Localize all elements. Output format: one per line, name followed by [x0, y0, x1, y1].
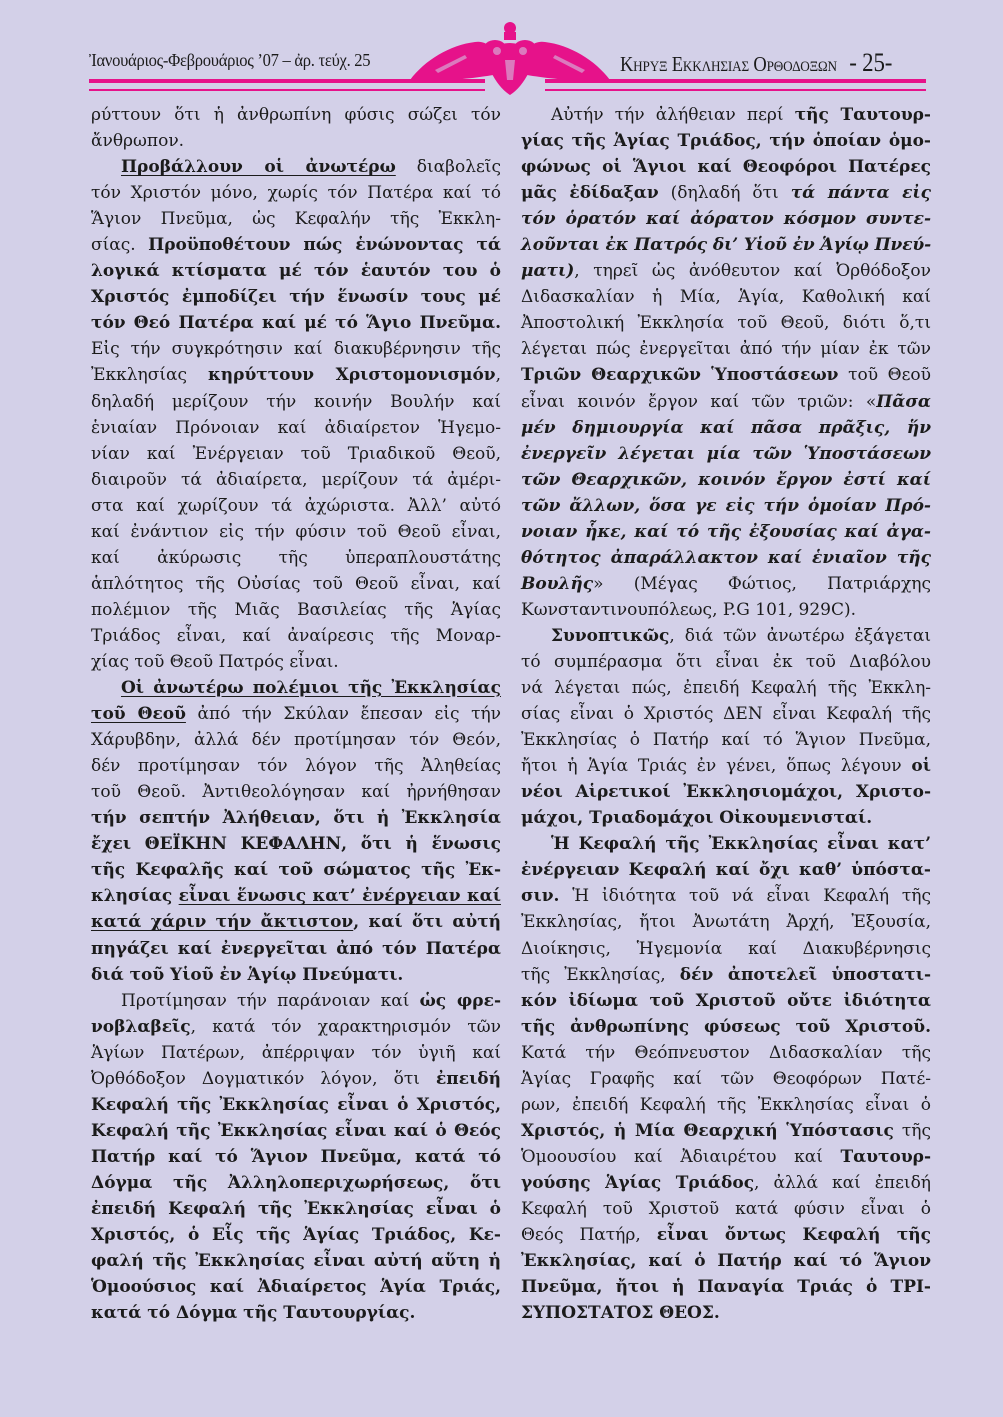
text-run: Κεφαλή τῆς Ἐκκλησίας εἶναι ὁ Χριστός,: [91, 1095, 501, 1115]
text-line: διά τοῦ Υἱοῦ ἐν Ἁγίῳ Πνεύματι.: [91, 962, 501, 988]
text-run: νίαν καί Ἐνέργειαν τοῦ Τριαδικοῦ Θεοῦ,: [91, 444, 501, 464]
text-run: Ταυτουρ-: [841, 1147, 931, 1167]
text-run: Ἀποστολική Ἐκκλησία τοῦ Θεοῦ, διότι ὅ,τι: [521, 313, 931, 333]
text-line: σίας εἶναι ὁ Χριστός ΔΕΝ εἶναι Κεφαλή τῆ…: [521, 701, 931, 727]
text-run: κηρύττουν Χριστομονισμόν: [208, 365, 496, 385]
text-line: Ἐκκλησίας κηρύττουν Χριστομονισμόν,: [91, 362, 501, 388]
text-line: Πνεῦμα, ἤτοι ἡ Παναγία Τριάς ὁ ΤΡΙ-: [521, 1274, 931, 1300]
text-line: τόν Θεό Πατέρα καί μέ τό Ἅγιο Πνεῦμα.: [91, 310, 501, 336]
text-run: τόν ὁρατόν καί ἀόρατον κόσμον συντε-: [521, 209, 931, 229]
text-line: Ἁγίας Γραφῆς καί τῶν Θεοφόρων Πατέ-: [521, 1066, 931, 1092]
text-run: , ἀλλά καί ἐπειδή: [754, 1173, 931, 1193]
text-line: Ὀρθόδοξον Δογματικόν λόγον, ὅτι ἐπειδή: [91, 1066, 501, 1092]
text-run: Ἁγίων Πατέρων, ἀπέρριψαν τόν ὑγιῆ καί: [91, 1043, 501, 1063]
text-run: Πνεῦμα, ἤτοι ἡ Παναγία Τριάς ὁ ΤΡΙ-: [521, 1277, 931, 1297]
text-run: νοιαν ἧκε, καί τό τῆς ἐξουσίας καί ἀγα-: [521, 522, 931, 542]
text-run: ματι): [521, 261, 574, 281]
text-line: ἁπλότητος τῆς Οὐσίας τοῦ Θεοῦ εἶναι, καί: [91, 571, 501, 597]
text-run: λέγεται πώς ἐνεργεῖται ἀπό τήν μίαν ἐκ τ…: [521, 339, 931, 359]
text-line: στα καί χωρίζουν τά ἀχώριστα. Ἀλλ’ αὐτό: [91, 493, 501, 519]
text-run: φώνως οἱ Ἅγιοι καί Θεοφόροι Πατέρες: [521, 157, 931, 177]
text-line: Προτίμησαν τήν παράνοιαν καί ὡς φρε-: [91, 988, 501, 1014]
text-line: Ἐκκλησίας ὁ Πατήρ καί τό Ἅγιον Πνεῦμα,: [521, 727, 931, 753]
text-line: Κωνσταντινουπόλεως, P.G 101, 929C).: [521, 597, 931, 623]
text-run: σίας εἶναι ὁ Χριστός ΔΕΝ εἶναι Κεφαλή τῆ…: [521, 704, 931, 724]
text-run: ΣΥΠΟΣΤΑΤΟΣ ΘΕΟΣ.: [521, 1303, 720, 1323]
text-run: , καί ὅτι αὐτή: [353, 912, 501, 932]
text-run: , κατά τόν χαρακτηρισμόν τῶν: [191, 1017, 501, 1037]
text-run: Βουλῆς: [521, 574, 593, 594]
text-run: Προϋποθέτουν πώς ἑνώνοντας τά: [148, 235, 501, 255]
text-line: Ἅγιον Πνεῦμα, ὡς Κεφαλήν τῆς Ἐκκλη-: [91, 206, 501, 232]
text-line: Συνοπτικῶς, διά τῶν ἀνωτέρω ἐξάγεται: [521, 623, 931, 649]
text-line: Τριάδος εἶναι, καί ἀναίρεσις τῆς Μοναρ-: [91, 623, 501, 649]
text-run: ἐπειδή: [436, 1069, 501, 1089]
text-line: νά λέγεται πώς, ἐπειδή Κεφαλή τῆς Ἐκκλη-: [521, 675, 931, 701]
text-line: Χριστός, ὁ Εἷς τῆς Ἁγίας Τριάδος, Κε-: [91, 1222, 501, 1248]
text-run: ρύττουν ὅτι ἡ ἀνθρωπίνη φύσις σώζει τόν: [91, 105, 501, 125]
text-line: δέν προτίμησαν τόν λόγον τῆς Ἀληθείας: [91, 753, 501, 779]
text-run: διαιροῦν τά ἀδιαίρετα, μερίζουν τά ἀμέρι…: [91, 470, 501, 490]
text-line: τοῦ Θεοῦ ἀπό τήν Σκύλαν ἔπεσαν εἰς τήν: [91, 701, 501, 727]
text-line: εἶναι κοινόν ἔργον καί τῶν τριῶν: «Πᾶσα: [521, 389, 931, 415]
text-run: ὡς φρε-: [420, 991, 501, 1011]
text-run: Ἡ ἰδιότητα τοῦ νά εἶναι Κεφαλή τῆς: [559, 886, 931, 906]
text-run: κατά τό Δόγμα τῆς Ταυτουργίας.: [91, 1303, 415, 1323]
text-run: μάχοι, Τριαδομάχοι Οἰκουμενισταί.: [521, 808, 872, 828]
header-rule-right-thick: [545, 79, 926, 83]
text-line: τῶν Θεαρχικῶν, κοινόν ἔργον ἐστί καί: [521, 467, 931, 493]
header-rule-left-thin: [89, 89, 485, 91]
text-line: ἑνιαίαν Πρόνοιαν καί ἀδιαίρετον Ἡγεμο-: [91, 415, 501, 441]
text-run: Χριστός, ἡ Μία Θεαρχική Ὑπόστασις: [521, 1121, 894, 1141]
text-run: οἱ: [911, 756, 931, 776]
text-line: νοβλαβεῖς, κατά τόν χαρακτηρισμόν τῶν: [91, 1014, 501, 1040]
text-run: τοῦ Θεοῦ. Ἀντιθεολόγησαν καί ἠρνήθησαν: [91, 782, 501, 802]
page-header: Ἰανουάριος-Φεβρουάριος ’07 – ἀρ. τεύχ. 2…: [0, 0, 1003, 95]
text-line: τόν Χριστόν μόνο, χωρίς τόν Πατέρα καί τ…: [91, 180, 501, 206]
text-run: , διά τῶν ἀνωτέρω ἐξάγεται: [669, 626, 931, 646]
text-run: πολέμιον τῆς Μιᾶς Βασιλείας τῆς Ἁγίας: [91, 600, 501, 620]
text-line: Διδασκαλίαν ἡ Μία, Ἁγία, Καθολική καί: [521, 284, 931, 310]
text-line: γίας τῆς Ἁγίας Τριάδος, τήν ὁποίαν ὁμο-: [521, 128, 931, 154]
text-run: τῆς: [894, 1121, 931, 1141]
text-run: τόν Χριστόν μόνο, χωρίς τόν Πατέρα καί τ…: [91, 183, 501, 203]
text-run: μᾶς ἐδίδαξαν: [521, 183, 659, 203]
text-run: Διδασκαλίαν ἡ Μία, Ἁγία, Καθολική καί: [521, 287, 931, 307]
text-line: Θεός Πατήρ, εἶναι ὄντως Κεφαλή τῆς: [521, 1222, 931, 1248]
text-line: Τριῶν Θεαρχικῶν Ὑποστάσεων τοῦ Θεοῦ: [521, 362, 931, 388]
text-line: σιν. Ἡ ἰδιότητα τοῦ νά εἶναι Κεφαλή τῆς: [521, 883, 931, 909]
text-line: καί ἐνάντιον εἰς τήν φύσιν τοῦ Θεοῦ εἶνα…: [91, 519, 501, 545]
text-line: Ἐκκλησίας, ἤτοι Ἀνωτάτη Ἀρχή, Ἐξουσία,: [521, 909, 931, 935]
text-run: σίας.: [91, 235, 148, 255]
text-line: Ἡ Κεφαλή τῆς Ἐκκλησίας εἶναι κατ’: [521, 831, 931, 857]
text-run: Αὐτήν τήν ἀλήθειαν περί: [551, 105, 795, 125]
text-run: διαβολεῖς: [396, 157, 501, 177]
text-run: Ἐκκλησίας, καί ὁ Πατήρ καί τό Ἅγιον: [521, 1251, 931, 1271]
text-run: Ἁγίας Γραφῆς καί τῶν Θεοφόρων Πατέ-: [521, 1069, 931, 1089]
text-run: εἶναι ἕνωσις κατ’ ἐνέργειαν καί: [179, 886, 501, 906]
text-run: καί ἐνάντιον εἰς τήν φύσιν τοῦ Θεοῦ εἶνα…: [91, 522, 501, 542]
text-run: Χριστός, ὁ Εἷς τῆς Ἁγίας Τριάδος, Κε-: [91, 1225, 501, 1245]
text-run: δέν προτίμησαν τόν λόγον τῆς Ἀληθείας: [91, 756, 501, 776]
text-line: Αὐτήν τήν ἀλήθειαν περί τῆς Ταυτουρ-: [521, 102, 931, 128]
text-line: μέν δημιουργία καί πᾶσα πρᾶξις, ἥν: [521, 415, 931, 441]
text-line: ἐπειδή Κεφαλή τῆς Ἐκκλησίας εἶναι ὁ: [91, 1196, 501, 1222]
text-run: Ἅγιον Πνεῦμα, ὡς Κεφαλήν τῆς Ἐκκλη-: [91, 209, 501, 229]
text-line: καί ἀκύρωσις τῆς ὑπεραπλουστάτης: [91, 545, 501, 571]
text-run: καί ἀκύρωσις τῆς ὑπεραπλουστάτης: [91, 548, 501, 568]
text-run: ἁπλότητος τῆς Οὐσίας τοῦ Θεοῦ εἶναι, καί: [91, 574, 501, 594]
text-run: ,: [496, 365, 501, 385]
text-run: νοβλαβεῖς: [91, 1017, 191, 1037]
text-run: ἀπό τήν Σκύλαν ἔπεσαν εἰς τήν: [186, 704, 501, 724]
text-line: λοῦνται ἐκ Πατρός δι’ Υἱοῦ ἐν Ἁγίῳ Πνεύ-: [521, 232, 931, 258]
text-line: Ἐκκλησίας, καί ὁ Πατήρ καί τό Ἅγιον: [521, 1248, 931, 1274]
text-line: Ἁγίων Πατέρων, ἀπέρριψαν τόν ὑγιῆ καί: [91, 1040, 501, 1066]
text-run: (δηλαδή ὅτι: [659, 183, 791, 203]
text-line: φώνως οἱ Ἅγιοι καί Θεοφόροι Πατέρες: [521, 154, 931, 180]
text-run: Θεός Πατήρ,: [521, 1225, 657, 1245]
text-run: Πατήρ καί τό Ἅγιον Πνεῦμα, κατά τό: [91, 1147, 501, 1167]
text-run: τῆς Κεφαλῆς καί τοῦ σώματος τῆς Ἐκ-: [91, 860, 501, 880]
text-run: θότητος ἀπαράλλακτον καί ἑνιαῖον τῆς: [521, 548, 931, 568]
text-run: λοῦνται ἐκ Πατρός δι’ Υἱοῦ ἐν Ἁγίῳ Πνεύ-: [521, 235, 931, 255]
text-run: χίας τοῦ Θεοῦ Πατρός εἶναι.: [91, 652, 339, 672]
text-line: Διοίκησις, Ἡγεμονία καί Διακυβέρνησις: [521, 936, 931, 962]
text-run: τῆς ἀνθρωπίνης φύσεως τοῦ Χριστοῦ.: [521, 1017, 931, 1037]
text-run: Κατά τήν Θεόπνευστον Διδασκαλίαν τῆς: [521, 1043, 931, 1063]
text-line: τῶν ἄλλων, ὅσα γε εἰς τήν ὁμοίαν Πρό-: [521, 493, 931, 519]
text-run: ἐνέργειαν Κεφαλή καί ὄχι καθ’ ὑπόστα-: [521, 860, 931, 880]
text-line: ρων, ἐπειδή Κεφαλή τῆς Ἐκκλησίας εἶναι ὁ: [521, 1092, 931, 1118]
text-line: τήν σεπτήν Ἀλήθειαν, ὅτι ἡ Ἐκκλησία: [91, 805, 501, 831]
text-run: τῆς Ἐκκλησίας,: [521, 965, 680, 985]
text-run: τοῦ Θεοῦ: [838, 365, 931, 385]
text-line: Πατήρ καί τό Ἅγιον Πνεῦμα, κατά τό: [91, 1144, 501, 1170]
text-run: φαλή τῆς Ἐκκλησίας εἶναι αὐτή αὕτη ἡ: [91, 1251, 501, 1271]
text-run: ἐπειδή Κεφαλή τῆς Ἐκκλησίας εἶναι ὁ: [91, 1199, 501, 1219]
text-run: τῆς Ταυτουρ-: [795, 105, 931, 125]
issue-info: Ἰανουάριος-Φεβρουάριος ’07 – ἀρ. τεύχ. 2…: [89, 50, 370, 71]
text-line: Κεφαλή τῆς Ἐκκλησίας εἶναι καί ὁ Θεός: [91, 1118, 501, 1144]
text-line: Ὁμοούσιος καί Ἀδιαίρετος Ἁγία Τριάς,: [91, 1274, 501, 1300]
text-line: διαιροῦν τά ἀδιαίρετα, μερίζουν τά ἀμέρι…: [91, 467, 501, 493]
text-line: λέγεται πώς ἐνεργεῖται ἀπό τήν μίαν ἐκ τ…: [521, 336, 931, 362]
text-line: ΣΥΠΟΣΤΑΤΟΣ ΘΕΟΣ.: [521, 1300, 931, 1326]
text-line: ματι), τηρεῖ ὡς ἀνόθευτον καί Ὀρθόδοξον: [521, 258, 931, 284]
text-run: Ἐκκλησίας ὁ Πατήρ καί τό Ἅγιον Πνεῦμα,: [521, 730, 931, 750]
text-run: Κωνσταντινουπόλεως, P.G 101, 929C).: [521, 600, 856, 620]
text-line: νοιαν ἧκε, καί τό τῆς ἐξουσίας καί ἀγα-: [521, 519, 931, 545]
text-line: κόν ἰδίωμα τοῦ Χριστοῦ οὔτε ἰδιότητα: [521, 988, 931, 1014]
text-run: δέν ἀποτελεῖ ὑποστατι-: [680, 965, 931, 985]
text-line: ἄνθρωπον.: [91, 128, 501, 154]
text-run: δηλαδή μερίζουν τήν κοινήν Βουλήν καί: [91, 392, 501, 412]
page-number: - 25-: [849, 48, 892, 77]
text-run: Κεφαλή τῆς Ἐκκλησίας εἶναι καί ὁ Θεός: [91, 1121, 501, 1141]
text-line: Προβάλλουν οἱ ἀνωτέρω διαβολεῖς: [91, 154, 501, 180]
text-line: κατά τό Δόγμα τῆς Ταυτουργίας.: [91, 1300, 501, 1326]
text-run: ἔχει ΘΕΪΚΗΝ ΚΕΦΑΛΗΝ, ὅτι ἡ ἕνωσις: [91, 834, 501, 854]
text-run: Ὀρθόδοξον Δογματικόν λόγον, ὅτι: [91, 1069, 436, 1089]
text-line: χίας τοῦ Θεοῦ Πατρός εἶναι.: [91, 649, 501, 675]
text-run: τοῦ Θεοῦ: [91, 704, 186, 724]
text-line: Χριστός, ἡ Μία Θεαρχική Ὑπόστασις τῆς: [521, 1118, 931, 1144]
text-run: Πᾶσα: [876, 392, 931, 412]
text-line: τῆς ἀνθρωπίνης φύσεως τοῦ Χριστοῦ.: [521, 1014, 931, 1040]
text-line: κατά χάριν τήν ἄκτιστον, καί ὅτι αὐτή: [91, 909, 501, 935]
text-run: Κεφαλή τοῦ Χριστοῦ κατά φύσιν εἶναι ὁ: [521, 1199, 931, 1219]
text-run: ρων, ἐπειδή Κεφαλή τῆς Ἐκκλησίας εἶναι ὁ: [521, 1095, 931, 1115]
header-rule-left-thick: [89, 79, 485, 83]
text-line: τό συμπέρασμα ὅτι εἶναι ἐκ τοῦ Διαβόλου: [521, 649, 931, 675]
text-run: κόν ἰδίωμα τοῦ Χριστοῦ οὔτε ἰδιότητα: [521, 991, 931, 1011]
text-run: σιν.: [521, 886, 559, 906]
text-line: Δόγμα τῆς Ἀλληλοπεριχωρήσεως, ὅτι: [91, 1170, 501, 1196]
text-run: Συνοπτικῶς: [551, 626, 669, 646]
text-run: Εἰς τήν συγκρότησιν καί διακυβέρνησιν τῆ…: [91, 339, 501, 359]
text-run: τό συμπέρασμα ὅτι εἶναι ἐκ τοῦ Διαβόλου: [521, 652, 931, 672]
title-text: Κηρυξ Εκκλησιασ Ορθοδοξων: [620, 52, 837, 76]
text-run: κλησίας: [91, 886, 179, 906]
text-line: λογικά κτίσματα μέ τόν ἑαυτόν του ὁ: [91, 258, 501, 284]
text-run: Χριστός ἐμποδίζει τήν ἕνωσίν τους μέ: [91, 287, 501, 307]
text-line: Οἱ ἀνωτέρω πολέμιοι τῆς Ἐκκλησίας: [91, 675, 501, 701]
text-run: γούσης Ἁγίας Τριάδος: [521, 1173, 754, 1193]
text-run: Ὁμοουσίου καί Ἀδιαιρέτου καί: [521, 1147, 841, 1167]
text-line: ἐνέργειαν Κεφαλή καί ὄχι καθ’ ὑπόστα-: [521, 857, 931, 883]
text-run: νέοι Αἱρετικοί Ἐκκλησιομάχοι, Χριστο-: [521, 782, 931, 802]
text-run: ἐνεργεῖν λέγεται μία τῶν Ὑποστάσεων: [521, 444, 931, 464]
text-run: Προτίμησαν τήν παράνοιαν καί: [121, 991, 420, 1011]
text-run: Ἡ Κεφαλή τῆς Ἐκκλησίας εἶναι κατ’: [551, 834, 931, 854]
text-line: Βουλῆς» (Μέγας Φώτιος, Πατριάρχης: [521, 571, 931, 597]
right-column: Αὐτήν τήν ἀλήθειαν περί τῆς Ταυτουρ-γίας…: [521, 102, 931, 1326]
text-line: τῆς Κεφαλῆς καί τοῦ σώματος τῆς Ἐκ-: [91, 857, 501, 883]
double-headed-eagle-icon: [405, 20, 615, 95]
text-run: μέν δημιουργία καί πᾶσα πρᾶξις, ἥν: [521, 418, 931, 438]
text-run: Οἱ ἀνωτέρω πολέμιοι τῆς Ἐκκλησίας: [121, 678, 501, 698]
text-run: Ἐκκλησίας: [91, 365, 208, 385]
left-column: ρύττουν ὅτι ἡ ἀνθρωπίνη φύσις σώζει τόνἄ…: [91, 102, 501, 1326]
text-run: κατά χάριν τήν ἄκτιστον: [91, 912, 353, 932]
text-line: ρύττουν ὅτι ἡ ἀνθρωπίνη φύσις σώζει τόν: [91, 102, 501, 128]
text-run: διά τοῦ Υἱοῦ ἐν Ἁγίῳ Πνεύματι.: [91, 965, 403, 985]
text-line: ἤτοι ἡ Ἁγία Τριάς ἐν γένει, ὅπως λέγουν …: [521, 753, 931, 779]
text-line: ἔχει ΘΕΪΚΗΝ ΚΕΦΑΛΗΝ, ὅτι ἡ ἕνωσις: [91, 831, 501, 857]
text-line: τῆς Ἐκκλησίας, δέν ἀποτελεῖ ὑποστατι-: [521, 962, 931, 988]
text-line: Κατά τήν Θεόπνευστον Διδασκαλίαν τῆς: [521, 1040, 931, 1066]
header-rule-right-thin: [545, 89, 926, 91]
text-line: τοῦ Θεοῦ. Ἀντιθεολόγησαν καί ἠρνήθησαν: [91, 779, 501, 805]
text-run: στα καί χωρίζουν τά ἀχώριστα. Ἀλλ’ αὐτό: [91, 496, 501, 516]
text-line: Κεφαλή τοῦ Χριστοῦ κατά φύσιν εἶναι ὁ: [521, 1196, 931, 1222]
text-line: νίαν καί Ἐνέργειαν τοῦ Τριαδικοῦ Θεοῦ,: [91, 441, 501, 467]
text-line: δηλαδή μερίζουν τήν κοινήν Βουλήν καί: [91, 389, 501, 415]
text-line: Χάρυβδην, ἀλλά δέν προτίμησαν τόν Θεόν,: [91, 727, 501, 753]
text-run: Διοίκησις, Ἡγεμονία καί Διακυβέρνησις: [521, 939, 931, 959]
text-line: μάχοι, Τριαδομάχοι Οἰκουμενισταί.: [521, 805, 931, 831]
text-run: γίας τῆς Ἁγίας Τριάδος, τήν ὁποίαν ὁμο-: [521, 131, 931, 151]
text-run: πηγάζει καί ἐνεργεῖται ἀπό τόν Πατέρα: [91, 939, 501, 959]
text-run: Τριῶν Θεαρχικῶν Ὑποστάσεων: [521, 365, 838, 385]
text-run: νά λέγεται πώς, ἐπειδή Κεφαλή τῆς Ἐκκλη-: [521, 678, 931, 698]
text-line: Εἰς τήν συγκρότησιν καί διακυβέρνησιν τῆ…: [91, 336, 501, 362]
text-run: Χάρυβδην, ἀλλά δέν προτίμησαν τόν Θεόν,: [91, 730, 501, 750]
text-line: Ὁμοουσίου καί Ἀδιαιρέτου καί Ταυτουρ-: [521, 1144, 931, 1170]
text-line: θότητος ἀπαράλλακτον καί ἑνιαῖον τῆς: [521, 545, 931, 571]
magazine-title: Κηρυξ Εκκλησιασ Ορθοδοξων- 25-: [620, 48, 892, 78]
text-run: τά πάντα εἰς: [791, 183, 931, 203]
text-run: Τριάδος εἶναι, καί ἀναίρεσις τῆς Μοναρ-: [91, 626, 501, 646]
text-run: Ὁμοούσιος καί Ἀδιαίρετος Ἁγία Τριάς,: [91, 1277, 501, 1297]
text-line: τόν ὁρατόν καί ἀόρατον κόσμον συντε-: [521, 206, 931, 232]
text-run: τῶν Θεαρχικῶν, κοινόν ἔργον ἐστί καί: [521, 470, 931, 490]
text-line: Χριστός ἐμποδίζει τήν ἕνωσίν τους μέ: [91, 284, 501, 310]
text-run: εἶναι κοινόν ἔργον καί τῶν τριῶν: «: [521, 392, 876, 412]
text-line: πηγάζει καί ἐνεργεῖται ἀπό τόν Πατέρα: [91, 936, 501, 962]
text-line: φαλή τῆς Ἐκκλησίας εἶναι αὐτή αὕτη ἡ: [91, 1248, 501, 1274]
text-run: εἶναι ὄντως Κεφαλή τῆς: [657, 1225, 931, 1245]
text-run: Ἐκκλησίας, ἤτοι Ἀνωτάτη Ἀρχή, Ἐξουσία,: [521, 912, 931, 932]
text-line: ἐνεργεῖν λέγεται μία τῶν Ὑποστάσεων: [521, 441, 931, 467]
text-run: τῶν ἄλλων, ὅσα γε εἰς τήν ὁμοίαν Πρό-: [521, 496, 931, 516]
text-line: Κεφαλή τῆς Ἐκκλησίας εἶναι ὁ Χριστός,: [91, 1092, 501, 1118]
text-line: κλησίας εἶναι ἕνωσις κατ’ ἐνέργειαν καί: [91, 883, 501, 909]
text-run: Προβάλλουν οἱ ἀνωτέρω: [121, 157, 396, 177]
text-line: Ἀποστολική Ἐκκλησία τοῦ Θεοῦ, διότι ὅ,τι: [521, 310, 931, 336]
text-line: μᾶς ἐδίδαξαν (δηλαδή ὅτι τά πάντα εἰς: [521, 180, 931, 206]
text-run: τόν Θεό Πατέρα καί μέ τό Ἅγιο Πνεῦμα.: [91, 313, 501, 333]
text-run: ἑνιαίαν Πρόνοιαν καί ἀδιαίρετον Ἡγεμο-: [91, 418, 501, 438]
text-line: νέοι Αἱρετικοί Ἐκκλησιομάχοι, Χριστο-: [521, 779, 931, 805]
text-run: λογικά κτίσματα μέ τόν ἑαυτόν του ὁ: [91, 261, 501, 281]
text-line: γούσης Ἁγίας Τριάδος, ἀλλά καί ἐπειδή: [521, 1170, 931, 1196]
text-run: ἄνθρωπον.: [91, 131, 184, 151]
text-run: ἤτοι ἡ Ἁγία Τριάς ἐν γένει, ὅπως λέγουν: [521, 756, 911, 776]
text-line: σίας. Προϋποθέτουν πώς ἑνώνοντας τά: [91, 232, 501, 258]
text-run: τήν σεπτήν Ἀλήθειαν, ὅτι ἡ Ἐκκλησία: [91, 808, 501, 828]
text-run: Δόγμα τῆς Ἀλληλοπεριχωρήσεως, ὅτι: [91, 1173, 501, 1193]
text-run: » (Μέγας Φώτιος, Πατριάρχης: [593, 574, 931, 594]
text-line: πολέμιον τῆς Μιᾶς Βασιλείας τῆς Ἁγίας: [91, 597, 501, 623]
text-run: , τηρεῖ ὡς ἀνόθευτον καί Ὀρθόδοξον: [574, 261, 931, 281]
